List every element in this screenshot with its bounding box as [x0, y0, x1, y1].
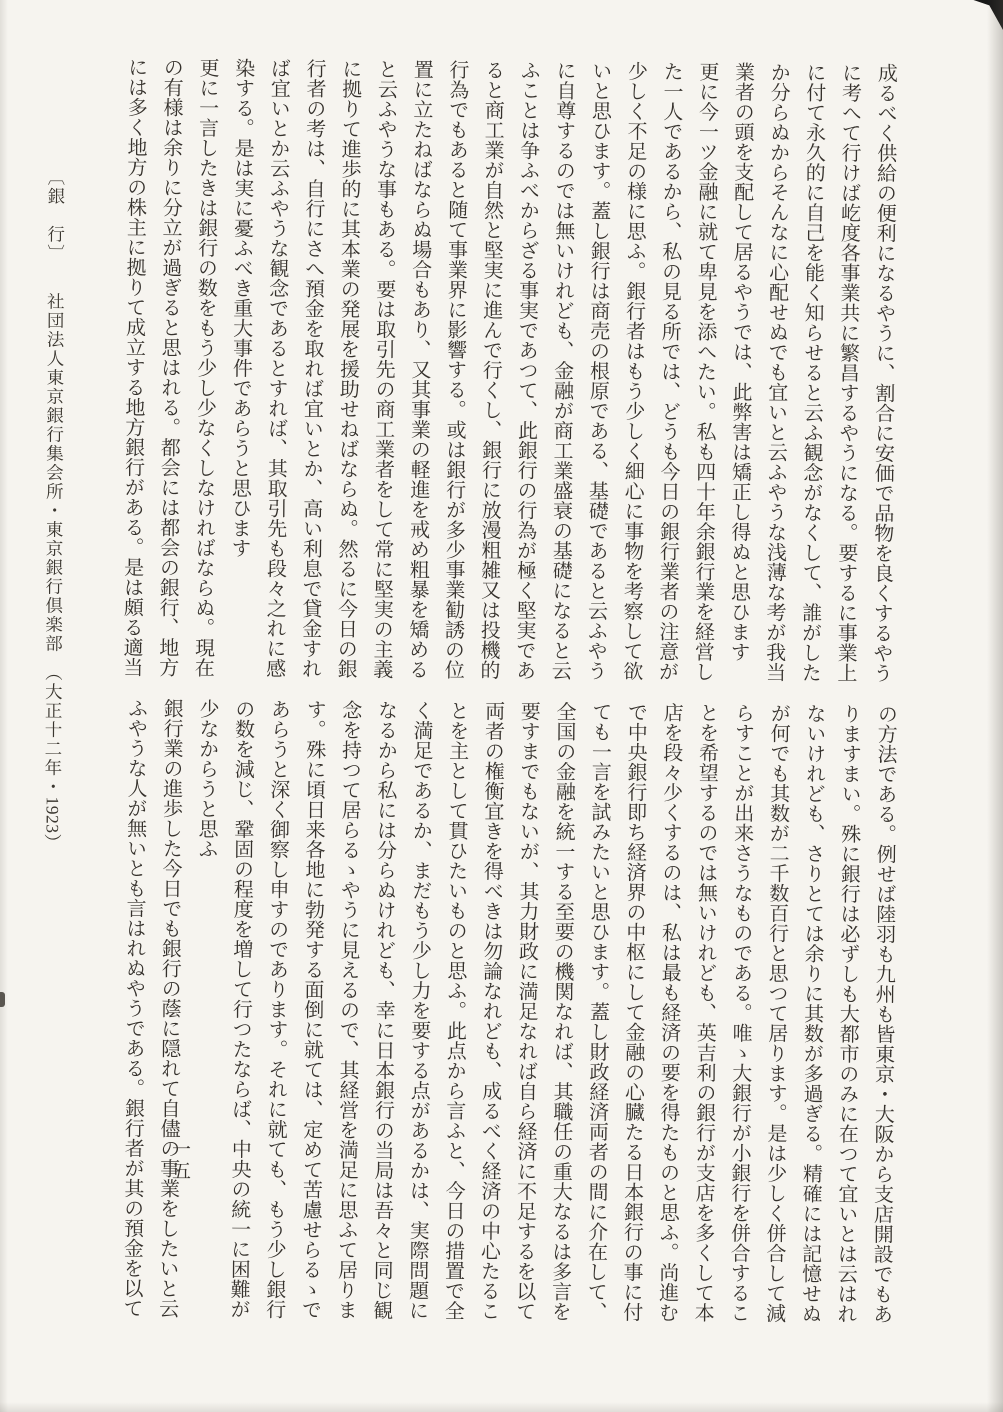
text-column: の方法である。例せば陸羽も九州も皆東京・大阪から支店開設でもあ: [861, 704, 902, 1328]
text-column: ふことは争ふべからざる事実であつて、此銀行の行為が極く堅実であ: [504, 60, 545, 684]
text-column: に付て永久的に自己を能く知らせると云ふ観念がなくして、誰がした: [790, 62, 831, 686]
text-column: 念を持つて居らるゝやうに見えるので、其経営を満足に思ふて居りま: [326, 700, 367, 1324]
text-column: く満足であるか、まだもう少し力を要する点があるかは、実際問題に: [397, 700, 438, 1324]
text-column: 少なからうと思ふ: [183, 698, 224, 1322]
text-column: とを主として貫ひたいものと思ふ。此点から言ふと、今日の措置で全: [433, 700, 474, 1324]
scan-corner-artifact: [967, 0, 1003, 30]
scan-shading-left: [0, 0, 8, 1412]
text-column: 行為でもあると随て事業界に影響する。或は銀行が多少事業勧誘の位: [433, 59, 474, 683]
text-column: 更に一言したきは銀行の数をもう少し少なくしなければならぬ。現在: [183, 57, 224, 681]
text-column: あらうと深く御察し申すのであります。それに就ても、もう少し銀行: [254, 699, 295, 1323]
text-column: と云ふやうな事もある。要は取引先の商工業者をして常に堅実の主義: [362, 59, 403, 683]
text-column: 少しく不足の様に思ふ。銀行者はもう少しく細心に事物を考察して欲: [611, 61, 652, 685]
text-column: には多く地方の株主に拠りて成立する地方銀行がある。是は頗る適当: [112, 57, 153, 681]
text-column: 更に今一ツ金融に就て卑見を添へたい。私も四十年余銀行業を経営し: [683, 61, 724, 685]
scan-shading-bottom: [0, 1402, 1003, 1412]
text-column: ると商工業が自然と堅実に進んで行くし、銀行に放漫粗雑又は投機的: [469, 60, 510, 684]
text-column: ば宜いとか云ふやうな観念であるとすれば、其取引先も段々之れに感: [254, 58, 295, 682]
text-column: 銀行業の進歩した今日でも銀行の蔭に隠れて自儘の事業をしたいと云: [147, 698, 188, 1322]
text-column: が何でも其数が二千数百行と思つて居ります。是は少しく併合して減: [754, 703, 795, 1327]
text-column: の有様は余りに分立が過ぎると思はれる。都会には都会の銀行、地方: [147, 57, 188, 681]
text-column: ないけれども、さりとては余りに其数が多過ぎる。精確には記憶せぬ: [790, 703, 831, 1327]
text-column: りますまい。殊に銀行は必ずしも大都市のみに在つて宜いとは云はれ: [826, 703, 867, 1327]
text-column: 染する。是は実に憂ふべき重大事件であらうと思ひます: [219, 58, 260, 682]
text-column: に考へて行けば屹度各事業共に繁昌するやうになる。要するに事業上: [826, 62, 867, 686]
scan-edge-artifact: [0, 992, 5, 1007]
text-column: らすことが出来さうなものである。唯ゝ大銀行が小銀行を併合するこ: [719, 703, 760, 1327]
text-column: なるから私には分らぬけれども、幸に日本銀行の当局は吾々と同じ観: [362, 700, 403, 1324]
scanned-page: 成るべく供給の便利になるやうに、割合に安価で品物を良くするやうに考へて行けば屹度…: [0, 0, 1003, 1412]
text-column: 要すまでもないが、其力財政に満足なれば自ら経済に不足するを以て: [504, 701, 545, 1325]
source-caption: 〔銀 行〕 社団法人東京銀行集会所・東京銀行倶楽部 （大正十二年・1923）: [40, 168, 72, 853]
source-caption-year: 1923: [43, 797, 63, 834]
text-column: 全国の金融を統一する至要の機関なれば、其職任の重大なるは多言を: [540, 701, 581, 1325]
text-column: とを希望するのでは無いけれども、英吉利の銀行が支店を多くして本: [683, 702, 724, 1326]
text-column: 業者の頭を支配して居るやうでは、此弊害は矯正し得ぬと思ひます: [719, 62, 760, 686]
text-block-lower: の方法である。例せば陸羽も九州も皆東京・大阪から支店開設でもありますまい。殊に銀…: [112, 698, 902, 1328]
page-number: 一五: [166, 1139, 193, 1183]
text-column: か分らぬからそんなに心配せぬでも宜いと云ふやうな浅薄な考が我当: [754, 62, 795, 686]
source-caption-close: ）: [42, 834, 62, 853]
text-column: の数を減じ、鞏固の程度を増して行つたならば、中央の統一に困難が: [219, 699, 260, 1323]
text-column: 行者の考は、自行にさへ預金を取れば宜いとか、高い利息で貸金すれ: [290, 58, 331, 682]
text-column: 店を段々少くするのは、私は最も経済の要を得たものと思ふ。尚進む: [647, 702, 688, 1326]
text-column: ても一言を試みたいと思ひます。蓋し財政経済両者の間に介在して、: [576, 701, 617, 1325]
text-column: 成るべく供給の便利になるやうに、割合に安価で品物を良くするやう: [861, 63, 902, 687]
text-column: に自尊するのでは無いけれども、金融が商工業盛衰の基礎になると云: [540, 60, 581, 684]
text-column: た一人であるから、私の見る所では、どうも今日の銀行業者の注意が: [647, 61, 688, 685]
text-column: 置に立たねばならぬ場合もあり、又其事業の軽進を戒め粗暴を矯める: [397, 59, 438, 683]
text-block-upper: 成るべく供給の便利になるやうに、割合に安価で品物を良くするやうに考へて行けば屹度…: [112, 57, 902, 687]
scan-shading-right: [987, 0, 1003, 1412]
text-column: で中央銀行即ち経済界の中枢にして金融の心臓たる日本銀行の事に付: [611, 702, 652, 1326]
text-column: 両者の権衡宜きを得べきは勿論なれども、成るべく経済の中心たるこ: [469, 701, 510, 1325]
text-column: ふやうな人が無いとも言はれぬやうである。銀行者が其の預金を以て: [112, 698, 153, 1322]
text-column: す。殊に頃日来各地に勃発する面倒に就ては、定めて苦慮せらるゝで: [290, 699, 331, 1323]
text-column: に拠りて進歩的に其本業の発展を援助せねばならぬ。然るに今日の銀: [326, 59, 367, 683]
text-column: いと思ひます。蓋し銀行は商売の根原である、基礎であると云ふやう: [576, 60, 617, 684]
source-caption-text: 〔銀 行〕 社団法人東京銀行集会所・東京銀行倶楽部 （大正十二年・: [43, 168, 66, 797]
